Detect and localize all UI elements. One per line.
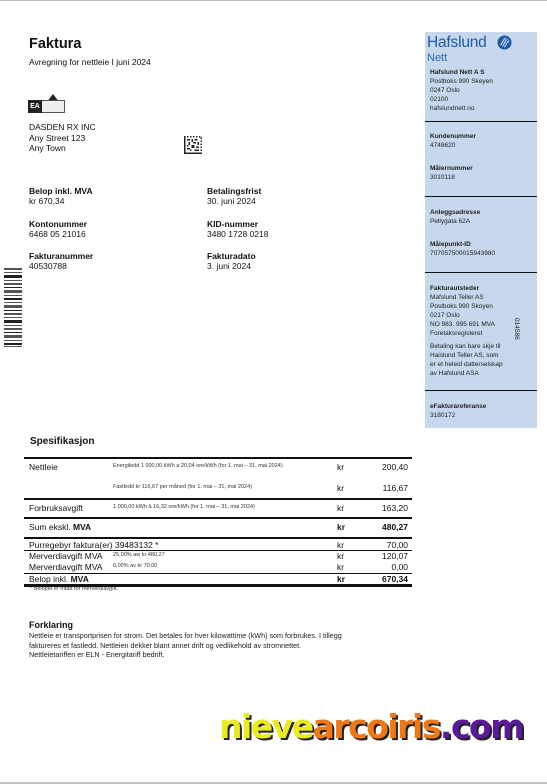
explanation-line: faktureres et fastledd. Nettleien dekker…	[29, 641, 399, 651]
due-date-label: Betalingsfrist	[207, 186, 261, 196]
account-number-label: Kontonummer	[29, 219, 87, 229]
sidebar-divider	[425, 121, 537, 122]
row-amount: 0,00	[391, 562, 408, 572]
row-label: Forbruksavgift	[29, 503, 83, 513]
meter-number: Målernummer 3010118	[430, 164, 473, 182]
invoice-title: Faktura	[29, 36, 81, 52]
sidebar-divider	[425, 390, 537, 391]
metering-point-value: 707057500015943980	[430, 249, 495, 258]
table-rule	[24, 537, 412, 539]
meter-number-label: Målernummer	[430, 164, 473, 173]
amount-due: Belop inkl. MVA kr 670,34	[29, 186, 93, 206]
watermark-part: nieve	[219, 707, 313, 746]
invoice-issuer-label: Fakturautsteder	[430, 284, 495, 293]
row-currency: kr	[337, 483, 344, 493]
row-label: Sum ekskl. MVA	[29, 522, 91, 532]
company-info: Hafslund Nett A S Postboks 990 Skeyen 02…	[430, 68, 493, 113]
issuer-org-number: NO 983. 995 691 MVA	[430, 320, 495, 329]
facility-address-value: Pellygata 62A	[430, 217, 480, 226]
row-currency: kr	[337, 462, 344, 472]
barcode-icon	[4, 268, 22, 348]
issuer-name: Mafslund Teller AS	[430, 293, 495, 302]
customer-number: Kundenummer 4748620	[430, 132, 476, 150]
brand-subtitle: Nett	[427, 52, 447, 64]
sender-sidebar: Hafslund Nett Hafslund Nett A S Postboks…	[425, 32, 537, 428]
row-label-prefix: Sum ekskl.	[29, 522, 73, 532]
invoice-issuer: Fakturautsteder Mafslund Teller AS Postb…	[430, 284, 495, 338]
row-description: 0,00% av kr 70,00	[113, 563, 157, 569]
watermark: nievearcoiris.com	[219, 707, 523, 746]
row-label: Purregebyr faktura(er) 39483132 *	[29, 540, 158, 550]
recipient-address: DASDEN RX INC Any Street 123 Any Town	[29, 122, 96, 154]
row-label-bold: MVA	[73, 522, 91, 532]
row-description: Energiledd 1 000,00 kWh a 20,04 ore/kWh …	[113, 463, 283, 469]
invoice-number-label: Fakturanummer	[29, 251, 93, 261]
table-rule	[24, 517, 412, 519]
sidebar-divider	[425, 272, 537, 273]
payment-note-line: Haislund Teller AS, som	[430, 351, 503, 360]
kid-number: KID-nummer 3480 1728 0218	[207, 219, 268, 239]
invoice-number: Fakturanummer 40530788	[29, 251, 93, 271]
row-amount: 163,20	[382, 503, 408, 513]
payment-note: Betaling kan bare skje til Haislund Tell…	[430, 342, 503, 378]
datamatrix-code-icon	[184, 136, 202, 154]
due-date-value: 30. juni 2024	[207, 196, 261, 206]
explanation-text: Nettleie er transportprisen for strom. D…	[29, 631, 399, 660]
vertical-reference-code: 014586	[513, 318, 520, 340]
facility-address: Anleggsadresse Pellygata 62A	[430, 208, 480, 226]
invoice-date-label: Fakturadato	[207, 251, 256, 261]
row-label: Merverdiavgift MVA	[29, 551, 103, 561]
row-amount: 120,07	[382, 551, 408, 561]
company-website: hafslundnett.no	[430, 104, 493, 113]
explanation-line: Nettleietariffen er ELN - Energitariff b…	[29, 650, 399, 660]
envelope-icon	[41, 100, 65, 113]
hafslund-logo-icon	[497, 35, 512, 50]
row-label-bold: MVA	[71, 574, 89, 584]
vat-footnote: * Belopet er fritatt for merverdiavgift.	[30, 586, 118, 592]
table-rule	[24, 498, 412, 500]
invoice-number-value: 40530788	[29, 261, 93, 271]
row-amount: 70,00	[387, 540, 408, 550]
recipient-street: Any Street 123	[29, 133, 96, 144]
efaktura-reference-value: 3180172	[430, 411, 486, 420]
payment-note-line: er et heleid datterselskap	[430, 360, 503, 369]
row-description: Fastledd kr 116,67 per måned (for 1. mai…	[113, 484, 252, 490]
watermark-part: .com	[440, 707, 523, 746]
facility-address-label: Anleggsadresse	[430, 208, 480, 217]
row-currency: kr	[337, 540, 344, 550]
recipient-name: DASDEN RX INC	[29, 122, 96, 133]
company-address-line: Postboks 990 Skeyen	[430, 77, 493, 86]
payment-note-line: av Hafslund ASA	[430, 369, 503, 378]
efaktura-reference-label: eFakturareferanse	[430, 402, 486, 411]
row-label: Belop inkl. MVA	[29, 574, 89, 584]
account-number-value: 6468 05 21016	[29, 229, 87, 239]
meter-number-value: 3010118	[430, 173, 473, 182]
row-amount: 480,27	[382, 522, 408, 532]
row-description: 25,00% aw kr 480,27	[113, 552, 165, 558]
row-currency: kr	[337, 551, 344, 561]
recipient-town: Any Town	[29, 143, 96, 154]
customer-number-label: Kundenummer	[430, 132, 476, 141]
company-city: 0247 Oslo	[430, 86, 493, 95]
invoice-date-value: 3. juni 2024	[207, 261, 256, 271]
brand-logo: Hafslund	[427, 34, 487, 52]
table-rule	[24, 457, 412, 459]
issuer-registry: Foretaksregisteret	[430, 329, 495, 338]
row-currency: kr	[337, 522, 345, 532]
row-amount: 200,40	[382, 462, 408, 472]
explanation-title: Forklaring	[29, 620, 73, 630]
issuer-city: 0217 Oslo	[430, 311, 495, 320]
row-amount: 116,67	[383, 483, 408, 493]
metering-point: Målepunkt-ID 707057500015943980	[430, 240, 495, 258]
metering-point-label: Målepunkt-ID	[430, 240, 495, 249]
row-currency: kr	[337, 574, 345, 584]
amount-due-label: Belop inkl. MVA	[29, 186, 93, 196]
row-label: Merverdiavgift MVA	[29, 562, 103, 572]
specification-title: Spesifikasjon	[30, 436, 94, 447]
row-currency: kr	[337, 562, 344, 572]
customer-number-value: 4748620	[430, 141, 476, 150]
row-currency: kr	[337, 503, 344, 513]
row-amount: 670,34	[382, 574, 408, 584]
sidebar-divider	[425, 196, 537, 197]
watermark-part: arcoiris	[313, 707, 440, 746]
row-label: Nettleie	[29, 462, 58, 472]
amount-due-value: kr 670,34	[29, 196, 93, 206]
issuer-address: Postboks 990 Skoyen	[430, 302, 495, 311]
account-number: Kontonummer 6468 05 21016	[29, 219, 87, 239]
ea-logo-icon: EA	[28, 94, 66, 114]
due-date: Betalingsfrist 30. juni 2024	[207, 186, 261, 206]
kid-number-label: KID-nummer	[207, 219, 268, 229]
explanation-line: Nettleie er transportprisen for strom. D…	[29, 631, 399, 641]
ea-badge: EA	[28, 100, 42, 113]
invoice-date: Fakturadato 3. juni 2024	[207, 251, 256, 271]
payment-note-line: Betaling kan bare skje til	[430, 342, 503, 351]
invoice-subtitle: Avregning for nettleie I juni 2024	[29, 57, 151, 67]
kid-number-value: 3480 1728 0218	[207, 229, 268, 239]
page-top-border	[0, 0, 547, 1]
row-label-prefix: Belop inkl.	[29, 574, 71, 584]
efaktura-reference: eFakturareferanse 3180172	[430, 402, 486, 420]
row-description: 1 000,00 kWh à 16,32 ore/kWh (for 1. mai…	[113, 504, 255, 510]
company-name: Hafslund Nett A S	[430, 68, 493, 77]
company-code: 02100	[430, 95, 493, 104]
